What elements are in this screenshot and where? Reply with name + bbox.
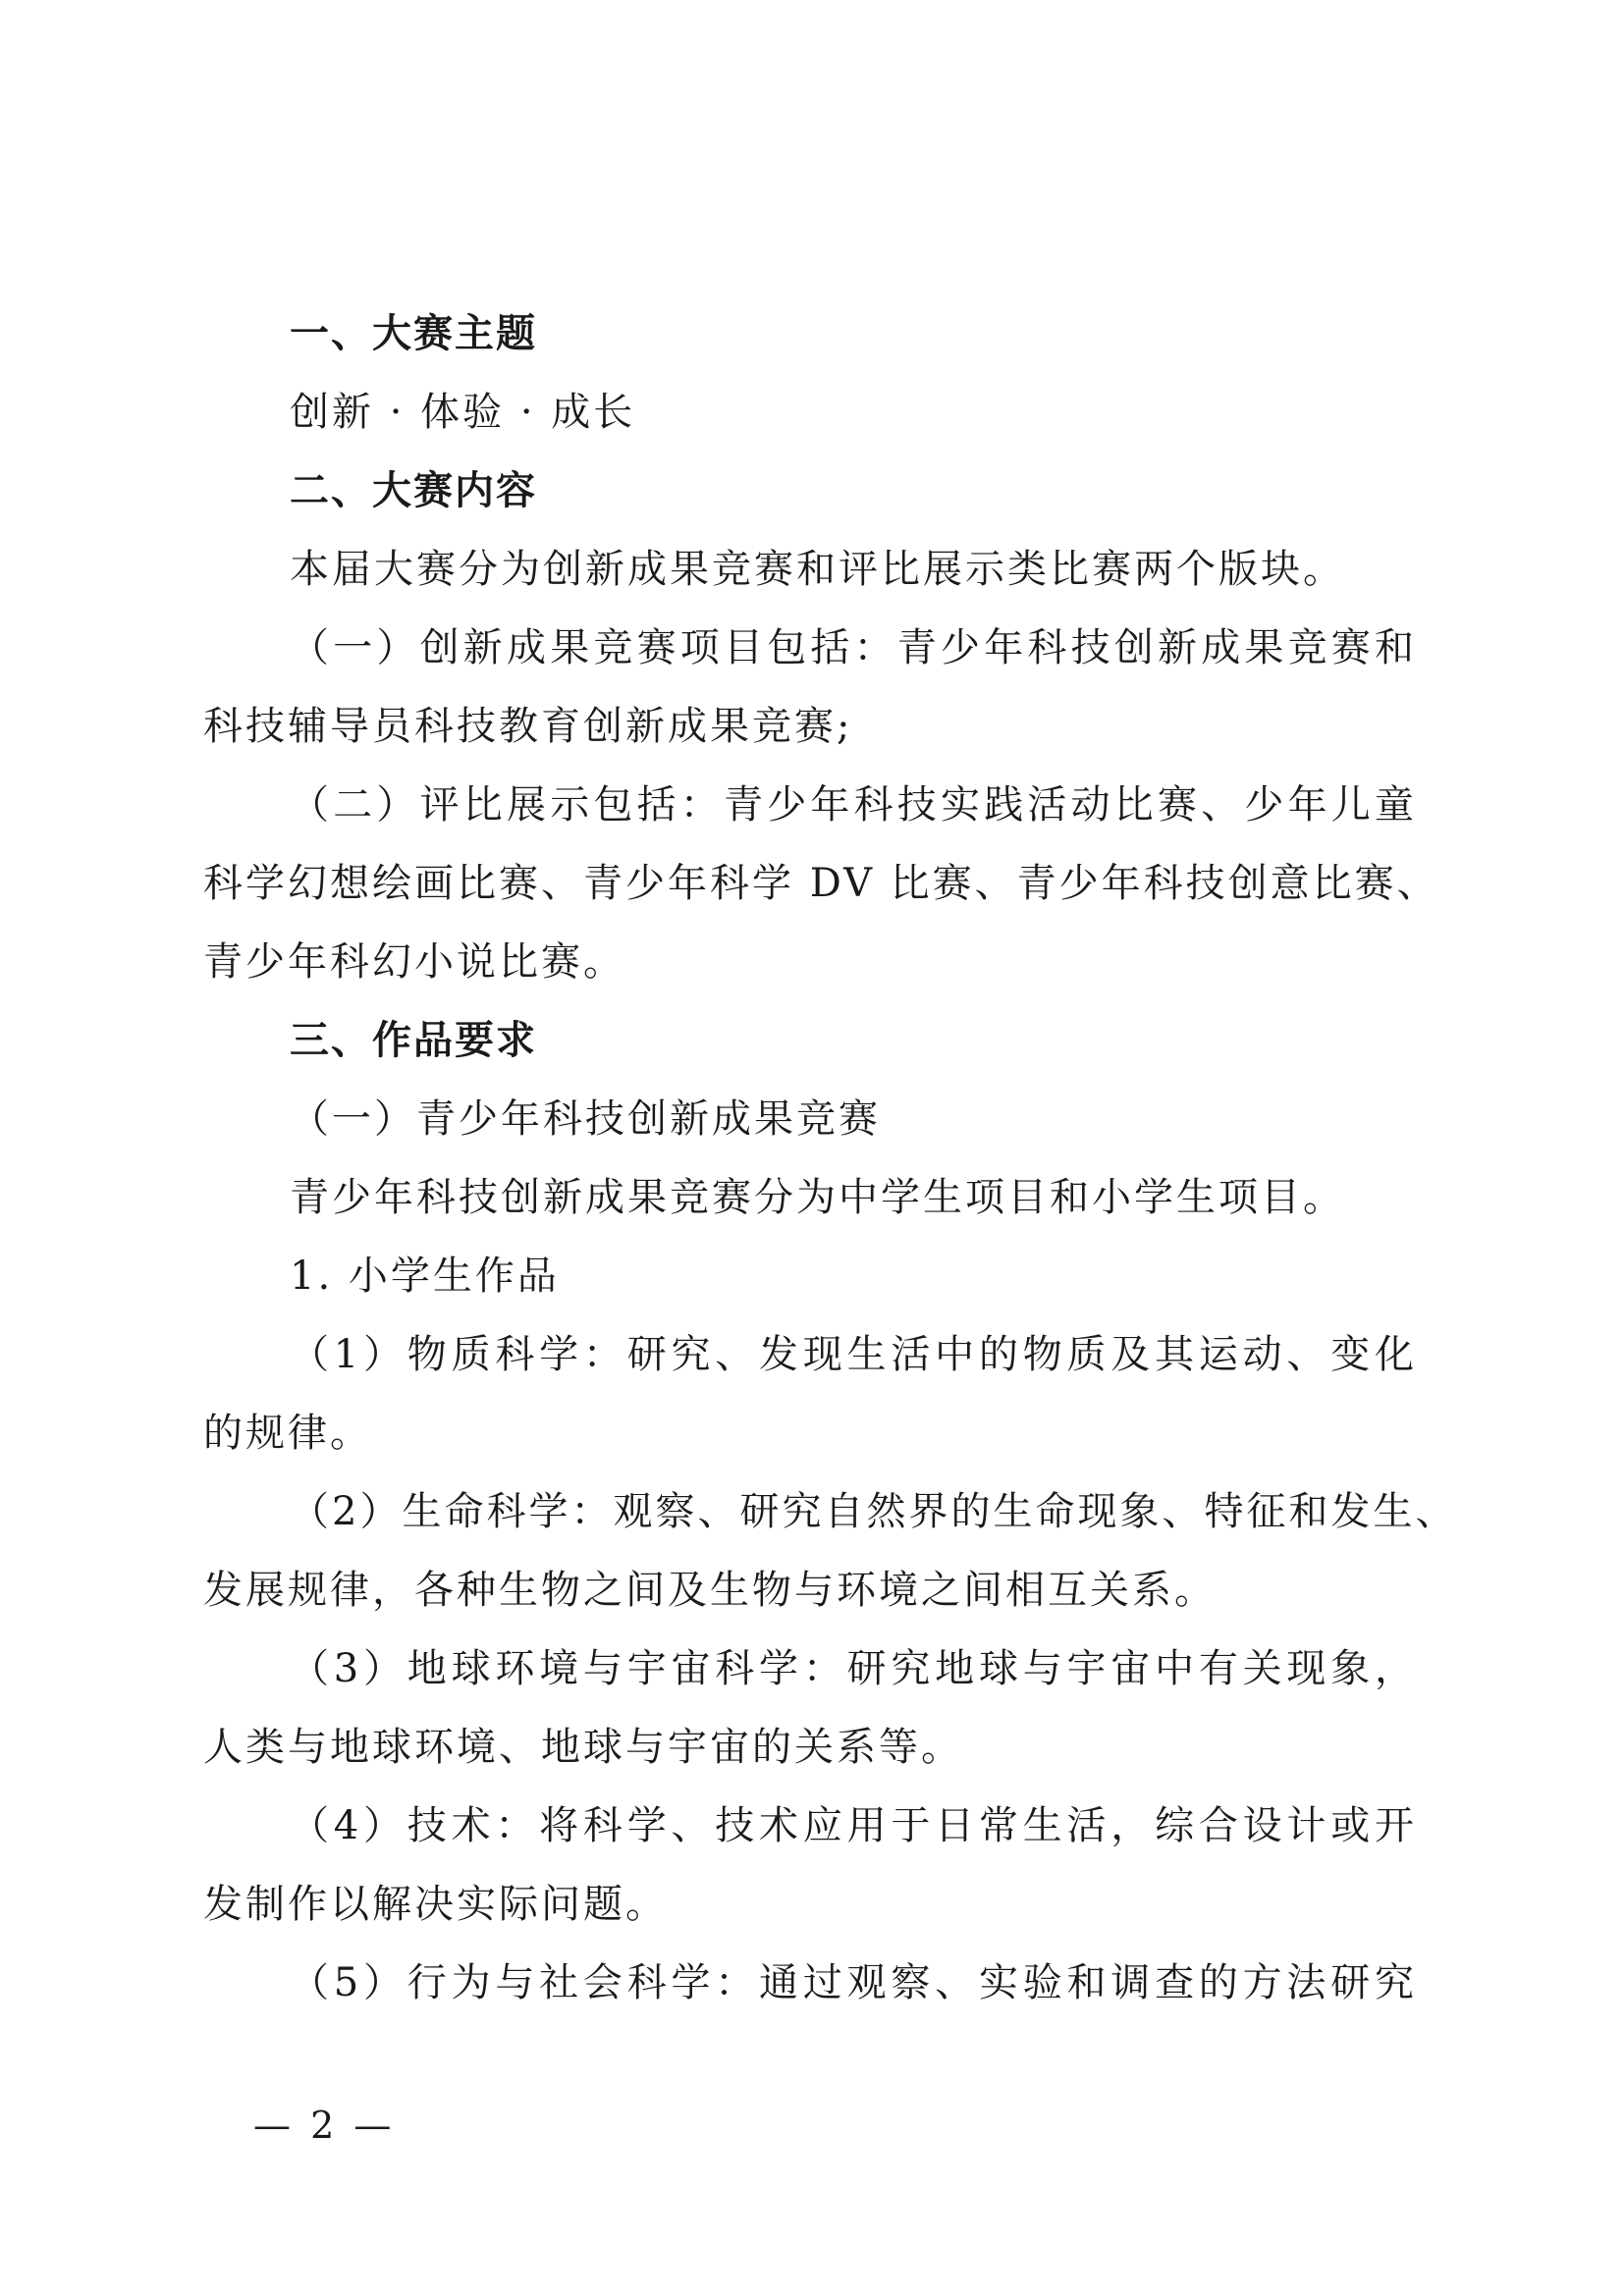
content-intro: 本届大赛分为创新成果竞赛和评比展示类比赛两个版块。 [203,530,1417,609]
section-heading-theme: 一、大赛主题 [203,294,1417,373]
category-2-line-1: （2）生命科学：观察、研究自然界的生命现象、特征和发生、 [203,1472,1417,1551]
content-item-1-line-2: 科技辅导员科技教育创新成果竞赛; [203,687,1417,766]
category-4-line-2: 发制作以解决实际问题。 [203,1865,1417,1944]
content-item-2-line-2: 科学幻想绘画比赛、青少年科学 DV 比赛、青少年科技创意比赛、 [203,844,1417,923]
content-item-2-line-1: （二）评比展示包括：青少年科技实践活动比赛、少年儿童 [203,766,1417,844]
category-1-line-2: 的规律。 [203,1394,1417,1472]
content-item-1-line-1: （一）创新成果竞赛项目包括：青少年科技创新成果竞赛和 [203,609,1417,687]
section-heading-requirements: 三、作品要求 [203,1001,1417,1080]
category-2-line-2: 发展规律，各种生物之间及生物与环境之间相互关系。 [203,1551,1417,1629]
category-3-line-1: （3）地球环境与宇宙科学：研究地球与宇宙中有关现象， [203,1629,1417,1708]
category-4-line-1: （4）技术：将科学、技术应用于日常生活，综合设计或开 [203,1787,1417,1865]
page-number: — 2 — [253,2104,395,2147]
category-3-line-2: 人类与地球环境、地球与宇宙的关系等。 [203,1708,1417,1787]
primary-student-works-heading: 1. 小学生作品 [203,1237,1417,1315]
youth-innovation-intro: 青少年科技创新成果竞赛分为中学生项目和小学生项目。 [203,1158,1417,1237]
section-heading-content: 二、大赛内容 [203,452,1417,530]
category-5-line-1: （5）行为与社会科学：通过观察、实验和调查的方法研究 [203,1944,1417,2022]
subsection-heading-youth-innovation: （一）青少年科技创新成果竞赛 [203,1080,1417,1158]
document-page: 一、大赛主题 创新 · 体验 · 成长 二、大赛内容 本届大赛分为创新成果竞赛和… [203,294,1417,2022]
content-item-2-line-3: 青少年科幻小说比赛。 [203,923,1417,1001]
category-1-line-1: （1）物质科学：研究、发现生活中的物质及其运动、变化 [203,1315,1417,1394]
theme-text: 创新 · 体验 · 成长 [203,373,1417,452]
